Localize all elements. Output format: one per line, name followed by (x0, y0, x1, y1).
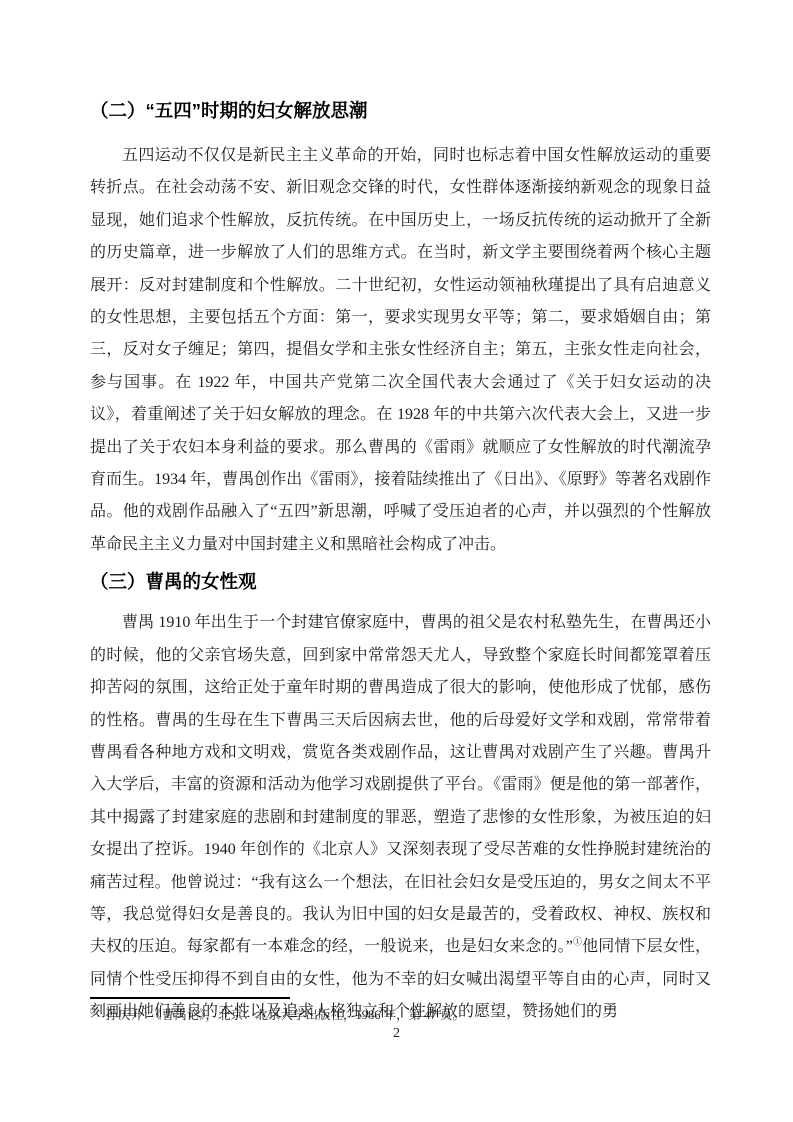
document-page: （二）“五四”时期的妇女解放思潮 五四运动不仅仅是新民主主义革命的开始，同时也标… (0, 0, 793, 1122)
paragraph-text-before-footnote: 曹禺 1910 年出生于一个封建官僚家庭中，曹禺的祖父是农村私塾先生，在曹禺还小… (90, 614, 711, 955)
footnote-text: 孙庆升：《曹禺论》，北京：北京大学出版社，1986 年，第 47 页。 (106, 1008, 465, 1022)
section-heading-2: （二）“五四”时期的妇女解放思潮 (90, 98, 711, 124)
page-number: 2 (0, 1026, 793, 1042)
section-caoyu-view: （三）曹禺的女性观 曹禺 1910 年出生于一个封建官僚家庭中，曹禺的祖父是农村… (90, 569, 711, 1028)
section-heading-3: （三）曹禺的女性观 (90, 569, 711, 595)
paragraph-caoyu: 曹禺 1910 年出生于一个封建官僚家庭中，曹禺的祖父是农村私塾先生，在曹禺还小… (90, 607, 711, 1028)
section-wusi-thought: （二）“五四”时期的妇女解放思潮 五四运动不仅仅是新民主主义革命的开始，同时也标… (90, 98, 711, 561)
footnote-reference-mark: ① (573, 937, 582, 947)
footnote-number: ① (90, 1006, 99, 1016)
footnote-entry: ①孙庆升：《曹禺论》，北京：北京大学出版社，1986 年，第 47 页。 (90, 1006, 711, 1024)
footnote-area: ①孙庆升：《曹禺论》，北京：北京大学出版社，1986 年，第 47 页。 (90, 997, 711, 1024)
footnote-separator-rule (90, 997, 290, 999)
paragraph-wusi: 五四运动不仅仅是新民主主义革命的开始，同时也标志着中国女性解放运动的重要转折点。… (90, 140, 711, 561)
